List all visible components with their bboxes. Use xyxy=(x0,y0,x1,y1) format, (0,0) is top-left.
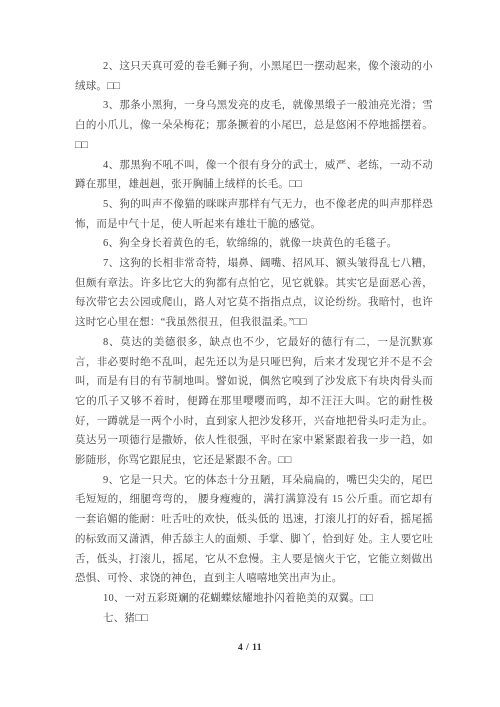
paragraph-item-7: 7、这狗的长相非常奇特，塌鼻、阔嘴、招风耳、额头皱得乱七八糟，但颇有章法。许多比… xyxy=(75,254,433,333)
paragraph-item-5: 5、狗的叫声不像猫的咪咪声那样有气无力，也不像老虎的叫声那样恐怖，而是中气十足，… xyxy=(75,195,433,234)
section-heading-pig: 七、猪□□ xyxy=(75,609,433,629)
paragraph-item-8: 8、莫达的美德很多，缺点也不少，它最好的德行有二，一是沉默寡言，非必要时绝不乱叫… xyxy=(75,333,433,471)
paragraph-item-4: 4、那黑狗不吼不叫，像一个很有身分的武士，威严、老练，一动不动蹲在那里，雄赳赳，… xyxy=(75,156,433,195)
paragraph-item-3: 3、那条小黑狗，一身乌黑发亮的皮毛，就像黑缎子一般油亮光滑；雪白的小爪儿，像一朵… xyxy=(75,96,433,155)
paragraph-item-6: 6、狗全身长着黄色的毛，软绵绵的，就像一块黄色的毛毯子。 xyxy=(75,234,433,254)
paragraph-item-10: 10、一对五彩斑斓的花蝴蝶炫耀地扑闪着艳美的双翼。□□ xyxy=(75,589,433,609)
paragraph-item-2: 2、这只天真可爱的卷毛狮子狗，小黑尾巴一摆动起来，像个滚动的小绒球。□□ xyxy=(75,57,433,96)
document-body: 2、这只天真可爱的卷毛狮子狗，小黑尾巴一摆动起来，像个滚动的小绒球。□□ 3、那… xyxy=(75,57,433,628)
paragraph-item-9: 9、它是一只犬。它的体态十分丑陋，耳朵扁扁的，嘴巴尖尖的，尾巴毛短短的，细腿弯弯… xyxy=(75,471,433,589)
document-page: 2、这只天真可爱的卷毛狮子狗，小黑尾巴一摆动起来，像个滚动的小绒球。□□ 3、那… xyxy=(0,0,500,707)
page-number-indicator: 4 / 11 xyxy=(0,643,500,653)
